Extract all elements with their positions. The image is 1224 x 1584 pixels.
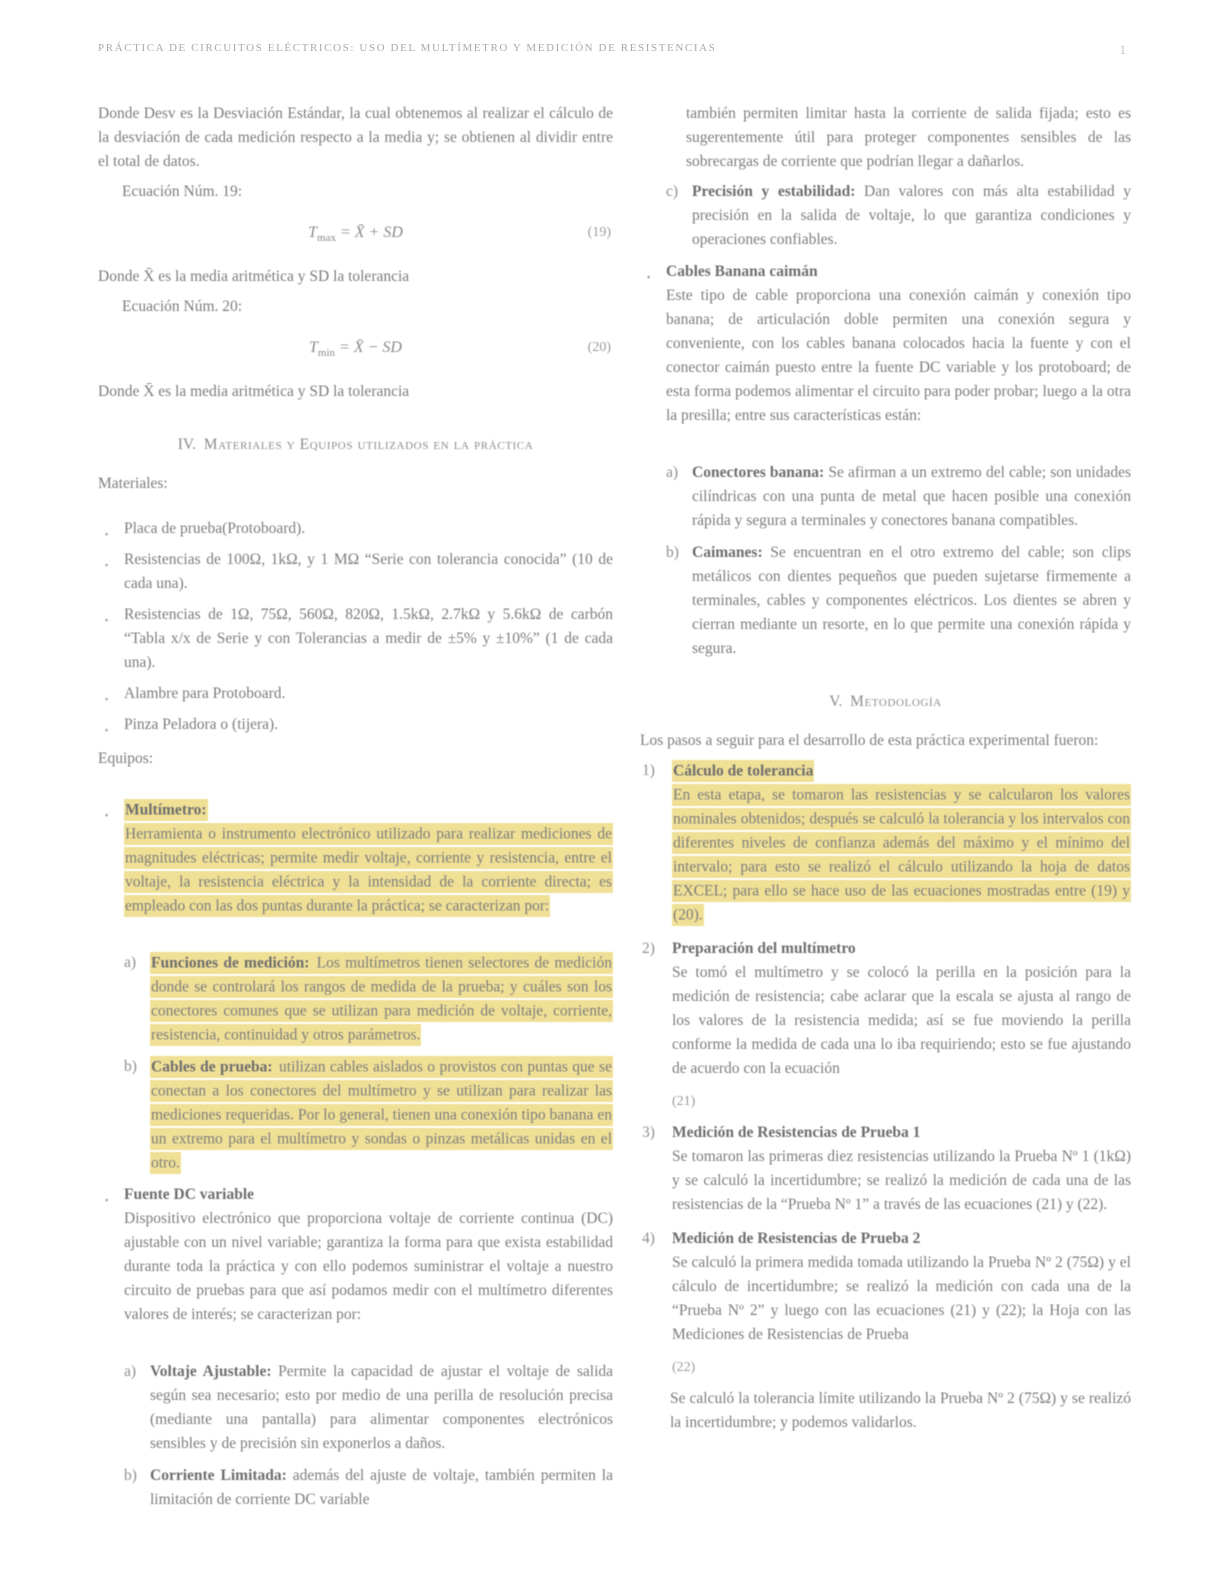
title-text: Cables Banana caimán xyxy=(666,263,818,280)
doc-paragraph: Se calculó la tolerancia límite utilizan… xyxy=(640,1387,1131,1435)
list-item: ▪Cables Banana caimánEste tipo de cable … xyxy=(640,260,1131,428)
list-item-text: Este tipo de cable proporciona una conex… xyxy=(666,287,1131,424)
list-item: 4)Medición de Resistencias de Prueba 2Se… xyxy=(640,1227,1131,1347)
section-title: Metodología xyxy=(850,693,942,710)
list-item-body: Conectores banana: Se afirman a un extre… xyxy=(692,461,1131,533)
item-marker: c) xyxy=(666,180,678,204)
item-marker: 3) xyxy=(642,1121,655,1145)
list-item: b)Cables de prueba: utilizan cables aisl… xyxy=(98,1055,613,1175)
highlight-span: Funciones de medición: xyxy=(150,952,316,974)
list-item: a)Voltaje Ajustable: Permite la capacida… xyxy=(98,1360,613,1456)
body-text: Resistencias de 100Ω, 1kΩ, y 1 MΩ “Serie… xyxy=(124,551,613,592)
highlight-span: Cables de prueba: xyxy=(150,1056,278,1078)
list-item: ▪Multímetro:Herramienta o instrumento el… xyxy=(98,798,613,918)
item-marker: a) xyxy=(124,951,136,975)
list-item-text: Resistencias de 1Ω, 75Ω, 560Ω, 820Ω, 1.5… xyxy=(124,606,613,671)
list-item-body: Resistencias de 100Ω, 1kΩ, y 1 MΩ “Serie… xyxy=(124,548,613,596)
list-item-body: Corriente Limitada: además del ajuste de… xyxy=(150,1464,613,1512)
list-item-body: Medición de Resistencias de Prueba 2Se c… xyxy=(672,1227,1131,1347)
equation-rhs: = X̄ + SD xyxy=(336,224,403,241)
list-item: b)Caimanes: Se encuentran en el otro ext… xyxy=(640,541,1131,661)
equation-rhs: = X̄ − SD xyxy=(335,339,402,356)
list-item: 2)Preparación del multímetroSe tomó el m… xyxy=(640,937,1131,1081)
list-item-body: Funciones de medición: Los multímetros t… xyxy=(150,951,613,1047)
doc-paragraph: Donde X̄ es la media aritmética y SD la … xyxy=(98,265,613,289)
section-heading: V. Metodología xyxy=(640,691,1131,713)
list-item: a)Conectores banana: Se afirman a un ext… xyxy=(640,461,1131,533)
document-page: Práctica de Circuitos Eléctricos: Uso de… xyxy=(0,0,1224,1584)
list-item-text: Pinza Peladora o (tijera). xyxy=(124,716,278,733)
column-right: también permiten limitar hasta la corrie… xyxy=(640,102,1131,1520)
title-text: Preparación del multímetro xyxy=(672,940,856,957)
equation-label: Ecuación Núm. 19: xyxy=(122,180,613,204)
list-item: ▪Resistencias de 1Ω, 75Ω, 560Ω, 820Ω, 1.… xyxy=(98,603,613,675)
list-item: c)Precisión y estabilidad: Dan valores c… xyxy=(640,180,1131,252)
page-number: 1 xyxy=(1120,42,1133,58)
list-item-text: Herramienta o instrumento electrónico ut… xyxy=(124,823,613,917)
item-marker: b) xyxy=(124,1055,137,1079)
list-item-body: Cables Banana caimánEste tipo de cable p… xyxy=(666,260,1131,428)
list-item-title: Cables Banana caimán xyxy=(666,260,1131,284)
bullet-icon: ▪ xyxy=(105,608,108,632)
spacer xyxy=(98,925,613,945)
item-marker: 1) xyxy=(642,759,655,783)
list-item-body: Cálculo de toleranciaEn esta etapa, se t… xyxy=(672,759,1131,927)
list-item-text: Alambre para Protoboard. xyxy=(124,685,285,702)
list-item-body: Caimanes: Se encuentran en el otro extre… xyxy=(692,541,1131,661)
bullet-icon: ▪ xyxy=(105,803,108,827)
two-column-body: Donde Desv es la Desviación Estándar, la… xyxy=(98,102,1131,1520)
column-left: Donde Desv es la Desviación Estándar, la… xyxy=(98,102,613,1520)
list-item-text: Cables de prueba: utilizan cables aislad… xyxy=(150,1056,613,1174)
list-item-body: Placa de prueba(Protoboard). xyxy=(124,517,613,541)
body-text: Resistencias de 1Ω, 75Ω, 560Ω, 820Ω, 1.5… xyxy=(124,606,613,671)
lead-text: Corriente Limitada: xyxy=(150,1467,293,1484)
page-header: Práctica de Circuitos Eléctricos: Uso de… xyxy=(98,42,1132,58)
body-text: Se tomó el multímetro y se colocó la per… xyxy=(672,964,1131,1077)
list-item-body: Resistencias de 1Ω, 75Ω, 560Ω, 820Ω, 1.5… xyxy=(124,603,613,675)
list-item-body: Precisión y estabilidad: Dan valores con… xyxy=(692,180,1131,252)
title-text: Fuente DC variable xyxy=(124,1186,254,1203)
bullet-icon: ▪ xyxy=(105,687,108,711)
list-item: ▪Resistencias de 100Ω, 1kΩ, y 1 MΩ “Seri… xyxy=(98,548,613,596)
list-item-body: Pinza Peladora o (tijera). xyxy=(124,713,613,737)
list-item-body: Multímetro:Herramienta o instrumento ele… xyxy=(124,798,613,918)
doc-paragraph: también permiten limitar hasta la corrie… xyxy=(640,102,1131,174)
list-item-text: Caimanes: Se encuentran en el otro extre… xyxy=(692,544,1131,657)
list-item-text: En esta etapa, se tomaron las resistenci… xyxy=(672,784,1131,926)
highlight-span: Herramienta o instrumento electrónico ut… xyxy=(124,823,613,917)
body-text: Se calculó la primera medida tomada util… xyxy=(672,1254,1131,1343)
equation: Tmin = X̄ − SD(20) xyxy=(98,336,613,365)
doc-paragraph: Donde Desv es la Desviación Estándar, la… xyxy=(98,102,613,174)
bullet-icon: ▪ xyxy=(105,522,108,546)
bullet-icon: ▪ xyxy=(105,1188,108,1212)
spacer xyxy=(98,781,613,795)
body-text: Placa de prueba(Protoboard). xyxy=(124,520,305,537)
lead-text: Voltaje Ajustable: xyxy=(150,1363,278,1380)
spacer xyxy=(98,506,613,514)
list-item-text: Conectores banana: Se afirman a un extre… xyxy=(692,464,1131,529)
section-numeral: V. xyxy=(829,693,850,710)
list-item-title: Preparación del multímetro xyxy=(672,937,1131,961)
list-item-text: Voltaje Ajustable: Permite la capacidad … xyxy=(150,1363,613,1452)
list-item-body: Fuente DC variableDispositivo electrónic… xyxy=(124,1183,613,1327)
list-item: 1)Cálculo de toleranciaEn esta etapa, se… xyxy=(640,759,1131,927)
equation-label: Ecuación Núm. 20: xyxy=(122,295,613,319)
equation-reference: (22) xyxy=(672,1357,1131,1379)
lead-text: Precisión y estabilidad: xyxy=(692,183,864,200)
equation-formula: Tmax = X̄ + SD xyxy=(98,221,613,250)
body-text: Se tomaron las primeras diez resistencia… xyxy=(672,1148,1131,1213)
list-label: Equipos: xyxy=(98,747,613,771)
list-item: ▪Placa de prueba(Protoboard). xyxy=(98,517,613,541)
list-item-text: Se tomaron las primeras diez resistencia… xyxy=(672,1148,1131,1213)
item-marker: 2) xyxy=(642,937,655,961)
list-item-title: Medición de Resistencias de Prueba 2 xyxy=(672,1227,1131,1251)
bullet-icon: ▪ xyxy=(105,718,108,742)
list-item-title: Multímetro: xyxy=(124,798,613,822)
list-item-text: Placa de prueba(Protoboard). xyxy=(124,520,305,537)
running-title: Práctica de Circuitos Eléctricos: Uso de… xyxy=(98,42,716,54)
list-item-text: Resistencias de 100Ω, 1kΩ, y 1 MΩ “Serie… xyxy=(124,551,613,592)
list-item-title: Medición de Resistencias de Prueba 1 xyxy=(672,1121,1131,1145)
list-item-text: Funciones de medición: Los multímetros t… xyxy=(150,952,613,1046)
list-item-body: Voltaje Ajustable: Permite la capacidad … xyxy=(150,1360,613,1456)
equation-subscript: min xyxy=(318,347,335,359)
equation: Tmax = X̄ + SD(19) xyxy=(98,221,613,250)
list-item-body: Medición de Resistencias de Prueba 1Se t… xyxy=(672,1121,1131,1217)
highlight-span: En esta etapa, se tomaron las resistenci… xyxy=(672,784,1131,926)
body-text: Dispositivo electrónico que proporciona … xyxy=(124,1210,613,1323)
spacer xyxy=(640,435,1131,455)
section-heading: IV. Materiales y Equipos utilizados en l… xyxy=(98,434,613,456)
section-title: Materiales y Equipos utilizados en la pr… xyxy=(204,436,534,453)
list-item-text: Precisión y estabilidad: Dan valores con… xyxy=(692,183,1131,248)
equation-lhs: T xyxy=(308,224,317,241)
list-item: ▪Pinza Peladora o (tijera). xyxy=(98,713,613,737)
list-item: ▪Fuente DC variableDispositivo electróni… xyxy=(98,1183,613,1327)
equation-lhs: T xyxy=(309,339,318,356)
equation-number: (20) xyxy=(588,336,611,360)
body-text: Este tipo de cable proporciona una conex… xyxy=(666,287,1131,424)
list-item-text: Se calculó la primera medida tomada util… xyxy=(672,1254,1131,1343)
list-item-text: Corriente Limitada: además del ajuste de… xyxy=(150,1467,613,1508)
equation-subscript: max xyxy=(317,232,336,244)
equation-reference: (21) xyxy=(672,1091,1131,1113)
list-item-title: Fuente DC variable xyxy=(124,1183,613,1207)
list-item: a)Funciones de medición: Los multímetros… xyxy=(98,951,613,1047)
highlight-span: Cálculo de tolerancia xyxy=(672,760,814,782)
list-item-body: Preparación del multímetroSe tomó el mul… xyxy=(672,937,1131,1081)
doc-paragraph: Los pasos a seguir para el desarrollo de… xyxy=(640,729,1131,753)
item-marker: b) xyxy=(666,541,679,565)
title-text: Medición de Resistencias de Prueba 1 xyxy=(672,1124,920,1141)
list-item: ▪Alambre para Protoboard. xyxy=(98,682,613,706)
list-item-body: Alambre para Protoboard. xyxy=(124,682,613,706)
spacer xyxy=(98,1334,613,1354)
list-item: b)Corriente Limitada: además del ajuste … xyxy=(98,1464,613,1512)
highlight-span: Multímetro: xyxy=(124,799,208,821)
bullet-icon: ▪ xyxy=(105,553,108,577)
list-item: 3)Medición de Resistencias de Prueba 1Se… xyxy=(640,1121,1131,1217)
item-marker: a) xyxy=(124,1360,136,1384)
body-text: Pinza Peladora o (tijera). xyxy=(124,716,278,733)
item-marker: b) xyxy=(124,1464,137,1488)
lead-text: Conectores banana: xyxy=(692,464,828,481)
doc-paragraph: Donde X̄ es la media aritmética y SD la … xyxy=(98,380,613,404)
list-item-text: Se tomó el multímetro y se colocó la per… xyxy=(672,964,1131,1077)
list-item-text: Dispositivo electrónico que proporciona … xyxy=(124,1210,613,1323)
list-item-body: Cables de prueba: utilizan cables aislad… xyxy=(150,1055,613,1175)
body-text: Alambre para Protoboard. xyxy=(124,685,285,702)
title-text: Medición de Resistencias de Prueba 2 xyxy=(672,1230,920,1247)
section-numeral: IV. xyxy=(178,436,204,453)
item-marker: 4) xyxy=(642,1227,655,1251)
equation-formula: Tmin = X̄ − SD xyxy=(98,336,613,365)
list-item-title: Cálculo de tolerancia xyxy=(672,759,1131,783)
list-label: Materiales: xyxy=(98,472,613,496)
lead-text: Caimanes: xyxy=(692,544,770,561)
bullet-icon: ▪ xyxy=(647,265,650,289)
equation-number: (19) xyxy=(588,221,611,245)
item-marker: a) xyxy=(666,461,678,485)
